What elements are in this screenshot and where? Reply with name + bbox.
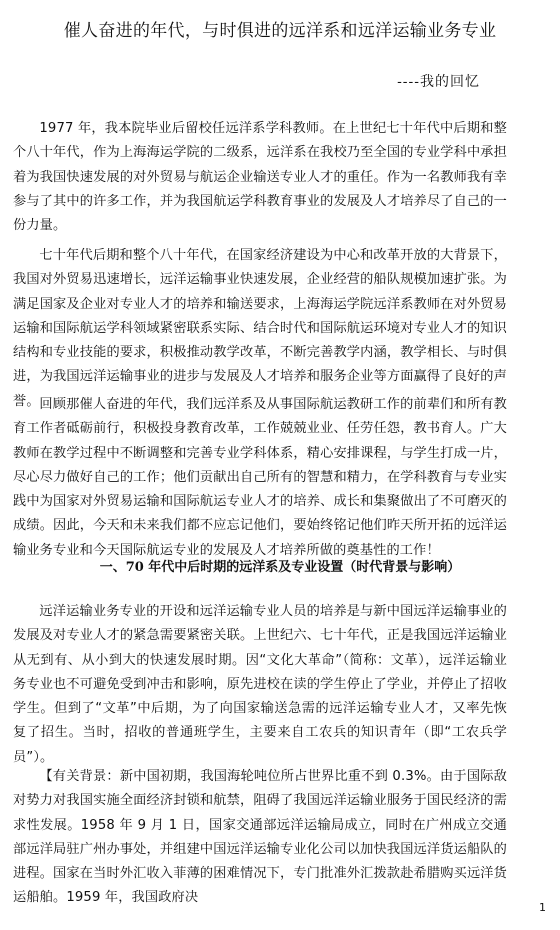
paragraph-1: 1977 年，我本院毕业后留校任远洋系学科教师。在上世纪七十年代中后期和整个八十…: [13, 117, 507, 238]
page-number: 1: [539, 901, 546, 914]
section-heading: 一、70 年代中后时期的远洋系及专业设置（时代背景与影响）: [0, 556, 560, 575]
paragraph-3: 回顾那催人奋进的年代，我们远洋系及从事国际航运教研工作的前辈们和所有教育工作者砥…: [13, 393, 507, 563]
document-title: 催人奋进的年代，与时俱进的远洋系和远洋运输业务专业: [0, 16, 560, 41]
section-paragraph-2: 【有关背景：新中国初期，我国海轮吨位所占世界比重不到 0.3%。由于国际敌对势力…: [13, 765, 507, 911]
document-page: 催人奋进的年代，与时俱进的远洋系和远洋运输业务专业 ----我的回忆 1977 …: [0, 0, 560, 930]
paragraph-2: 七十年代后期和整个八十年代，在国家经济建设为中心和改革开放的大背景下，我国对外贸…: [13, 244, 507, 414]
section-paragraph-1: 远洋运输业务专业的开设和远洋运输专业人员的培养是与新中国远洋运输事业的发展及对专…: [13, 600, 507, 770]
document-subtitle: ----我的回忆: [397, 71, 480, 91]
